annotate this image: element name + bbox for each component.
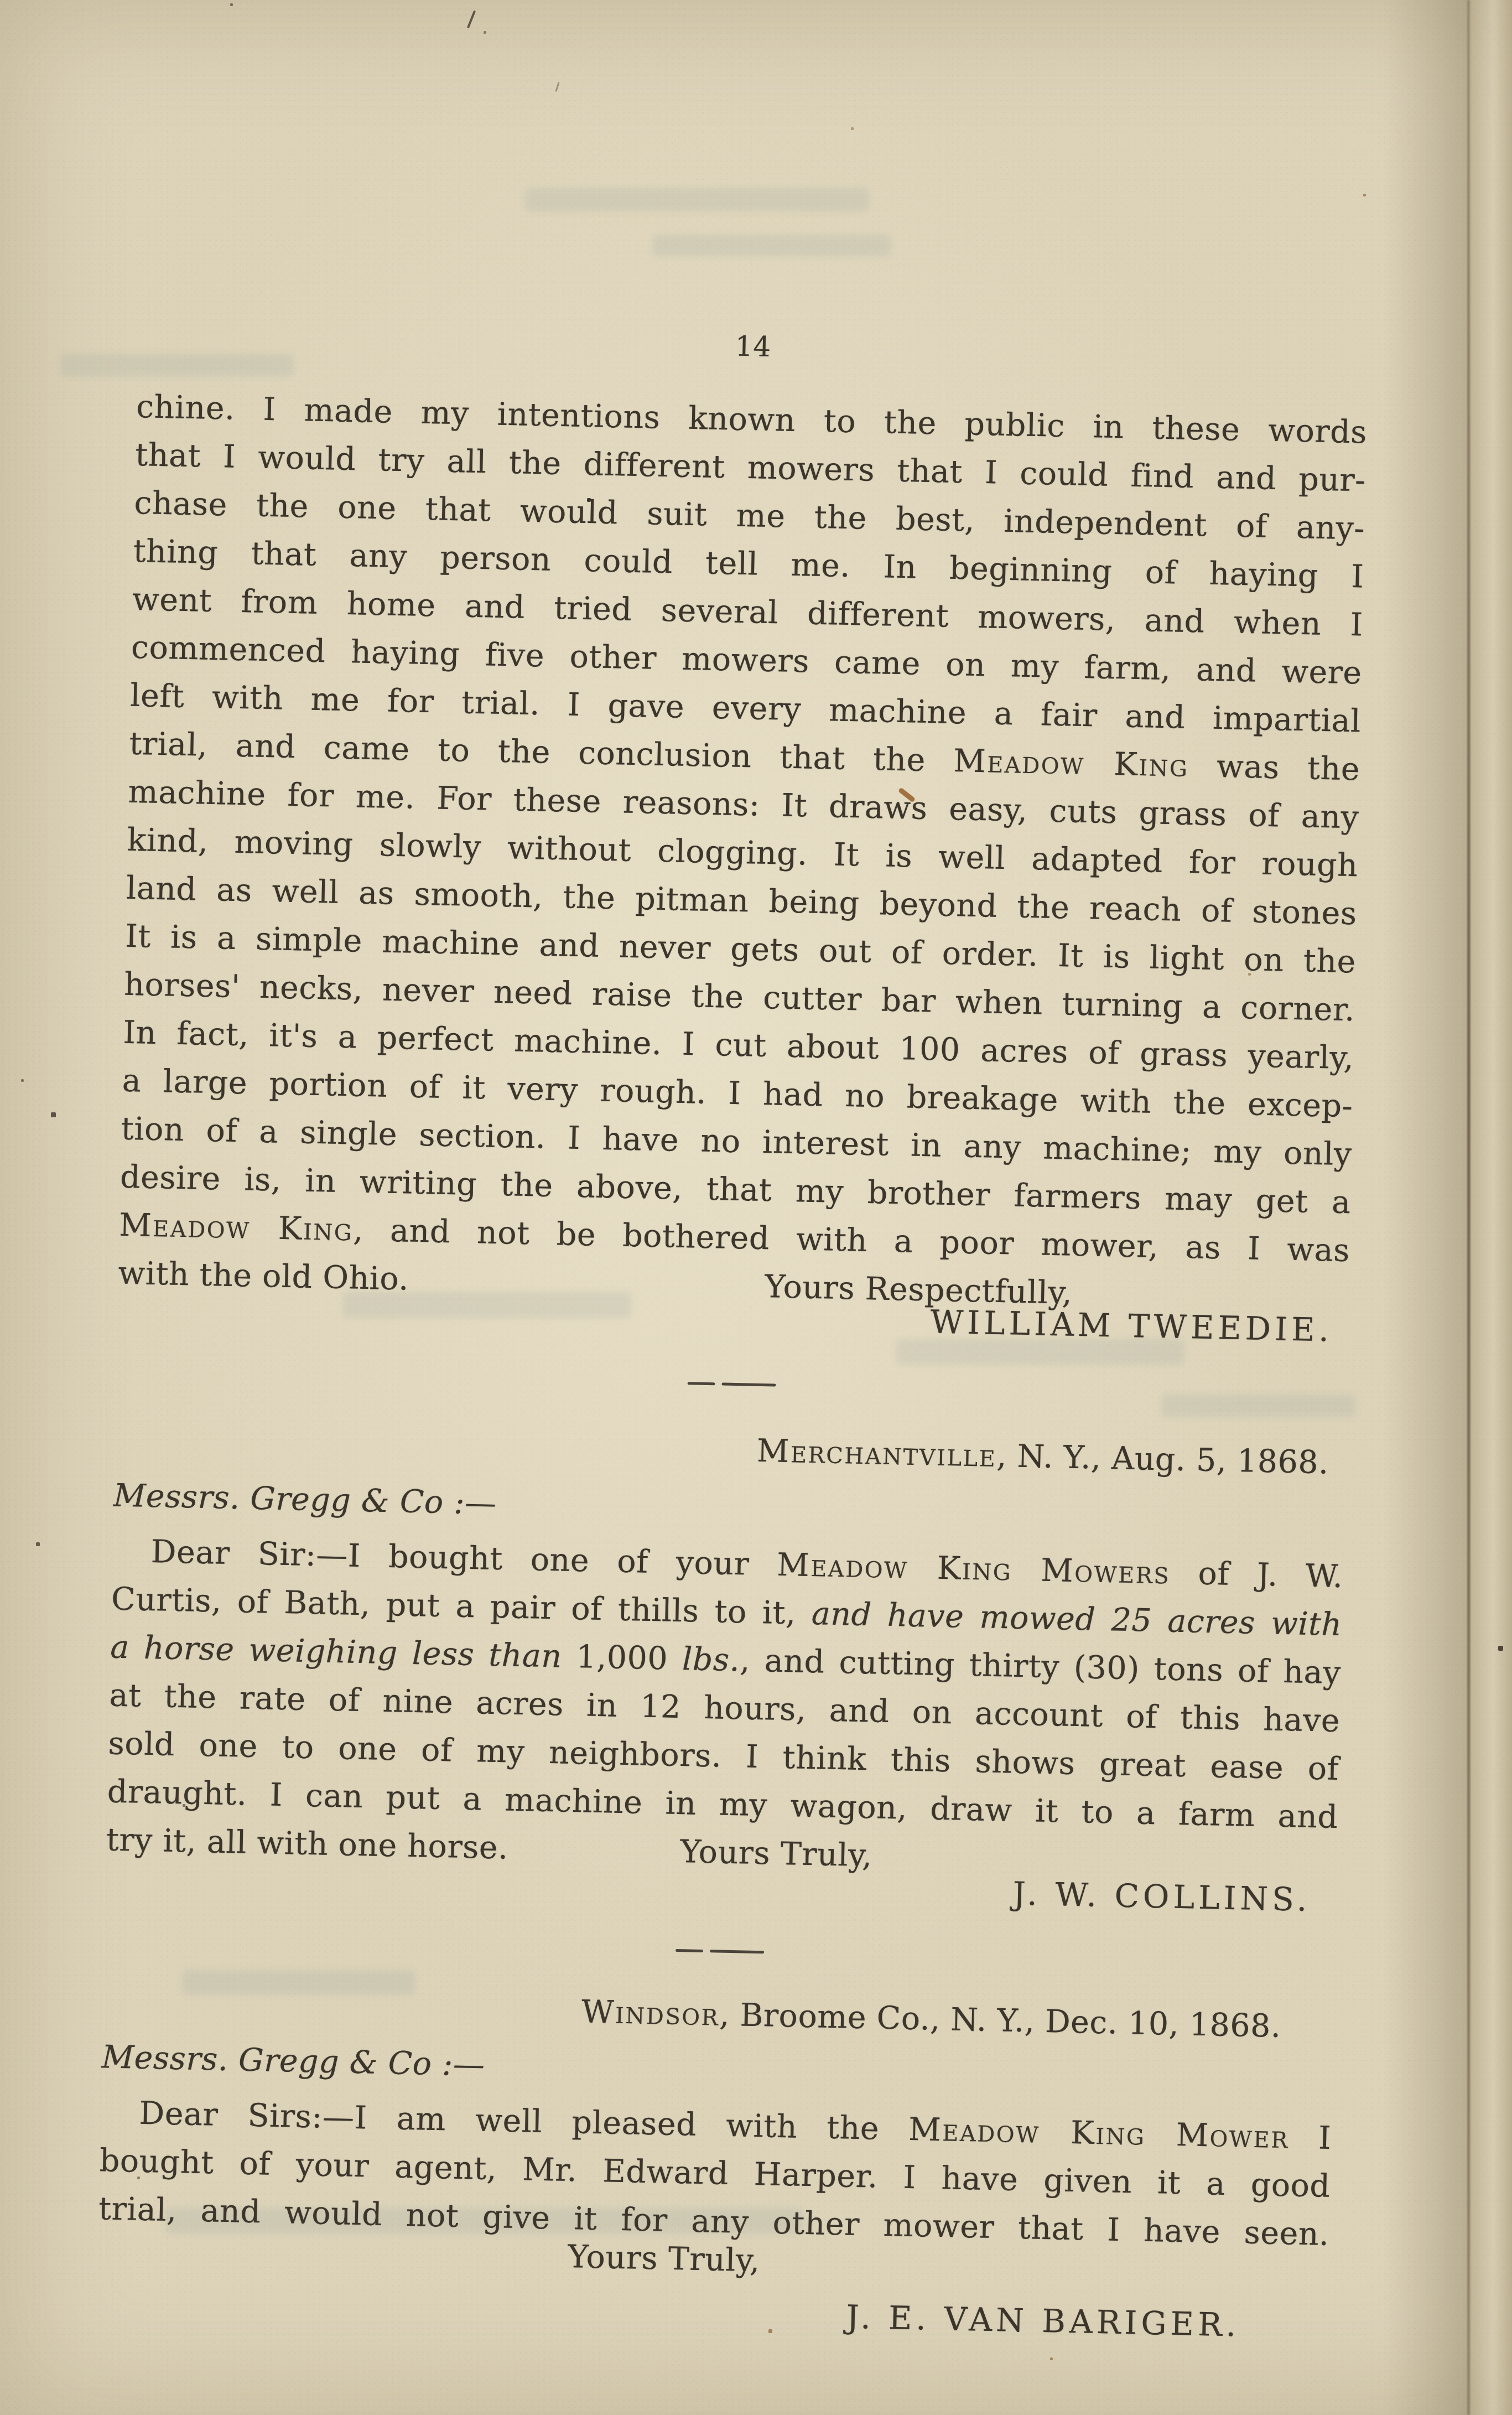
show-through-ghost	[653, 235, 891, 256]
letter-body-collins: Dear Sir:—I bought one of your Meadow Ki…	[107, 1527, 1343, 1842]
page-crease-line	[1467, 0, 1471, 2415]
page-number: 14	[137, 310, 1369, 384]
show-through-ghost	[526, 188, 869, 211]
letter-body-tweedie: chine. I made my intentions known to the…	[118, 383, 1367, 1275]
printed-text-block: 14 chine. I made my intentions known to …	[138, 310, 1369, 336]
page-curl-shadow	[1383, 0, 1469, 2415]
stray-ink-mark	[467, 10, 476, 28]
scanned-book-page: 14 chine. I made my intentions known to …	[0, 0, 1512, 2415]
paper-specks	[0, 0, 1, 1]
stray-ink-mark	[555, 82, 559, 92]
page-edge-strip	[1471, 0, 1512, 2415]
